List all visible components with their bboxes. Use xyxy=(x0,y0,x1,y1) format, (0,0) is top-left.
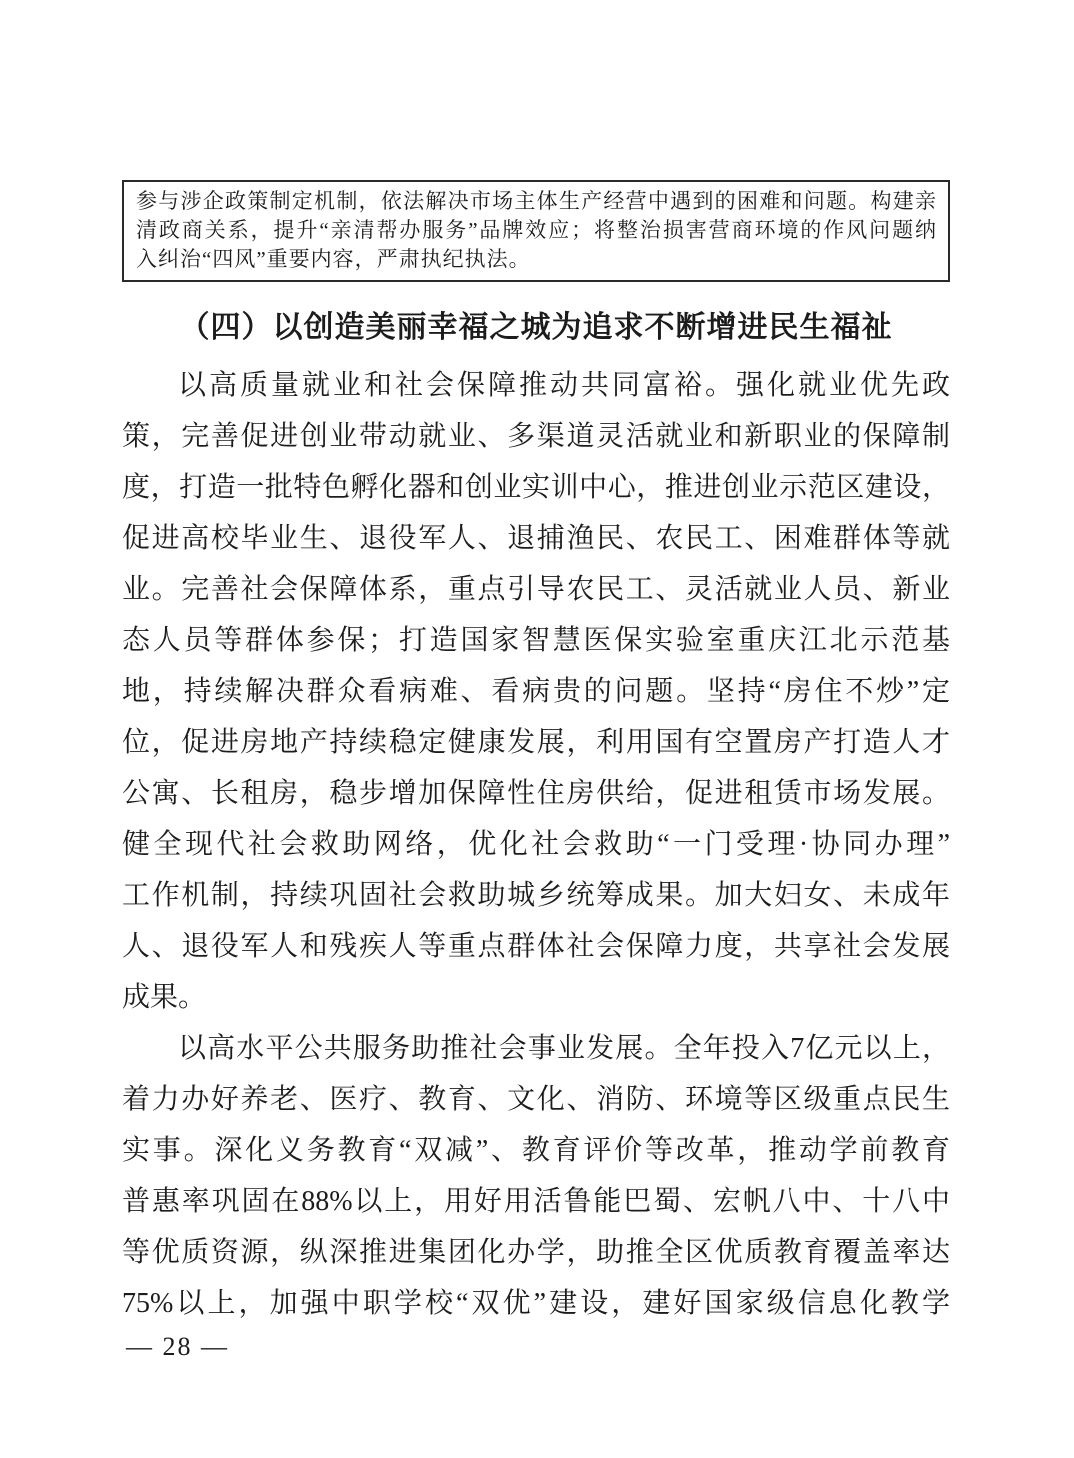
body-line: 普惠率巩固在88%以上，用好用活鲁能巴蜀、宏帆八中、十八中 xyxy=(122,1176,950,1227)
paragraph: 以高质量就业和社会保障推动共同富裕。强化就业优先政策，完善促进创业带动就业、多渠… xyxy=(122,360,950,1023)
body-line: 等优质资源，纵深推进集团化办学，助推全区优质教育覆盖率达 xyxy=(122,1227,950,1278)
body-line: 75%以上，加强中职学校“双优”建设，建好国家级信息化教学 xyxy=(122,1278,950,1329)
notice-box-line: 入纠治“四风”重要内容，严肃执纪执法。 xyxy=(136,245,936,274)
body-line: 地，持续解决群众看病难、看病贵的问题。坚持“房住不炒”定 xyxy=(122,666,950,717)
body-line: 以高质量就业和社会保障推动共同富裕。强化就业优先政 xyxy=(122,360,950,411)
notice-box-line: 清政商关系，提升“亲清帮办服务”品牌效应；将整治损害营商环境的作风问题纳 xyxy=(136,216,936,245)
body-line: 健全现代社会救助网络，优化社会救助“一门受理·协同办理” xyxy=(122,819,950,870)
notice-box: 参与涉企政策制定机制，依法解决市场主体生产经营中遇到的困难和问题。构建亲清政商关… xyxy=(122,180,950,282)
body-line: 实事。深化义务教育“双减”、教育评价等改革，推动学前教育 xyxy=(122,1125,950,1176)
section-heading: （四）以创造美丽幸福之城为追求不断增进民生福祉 xyxy=(122,306,950,350)
notice-box-line: 参与涉企政策制定机制，依法解决市场主体生产经营中遇到的困难和问题。构建亲 xyxy=(136,187,936,216)
paragraph: 以高水平公共服务助推社会事业发展。全年投入7亿元以上，着力办好养老、医疗、教育、… xyxy=(122,1023,950,1329)
body-line: 着力办好养老、医疗、教育、文化、消防、环境等区级重点民生 xyxy=(122,1074,950,1125)
body-line: 以高水平公共服务助推社会事业发展。全年投入7亿元以上， xyxy=(122,1023,950,1074)
body-line: 成果。 xyxy=(122,972,950,1023)
document-page: 参与涉企政策制定机制，依法解决市场主体生产经营中遇到的困难和问题。构建亲清政商关… xyxy=(0,0,1074,1458)
body-line: 策，完善促进创业带动就业、多渠道灵活就业和新职业的保障制 xyxy=(122,411,950,462)
body-line: 度，打造一批特色孵化器和创业实训中心，推进创业示范区建设， xyxy=(122,462,950,513)
body-line: 人、退役军人和残疾人等重点群体社会保障力度，共享社会发展 xyxy=(122,921,950,972)
body-line: 态人员等群体参保；打造国家智慧医保实验室重庆江北示范基 xyxy=(122,615,950,666)
body-line: 业。完善社会保障体系，重点引导农民工、灵活就业人员、新业 xyxy=(122,564,950,615)
body-line: 位，促进房地产持续稳定健康发展，利用国有空置房产打造人才 xyxy=(122,717,950,768)
body-line: 工作机制，持续巩固社会救助城乡统筹成果。加大妇女、未成年 xyxy=(122,870,950,921)
page-footer: — 28 — xyxy=(126,1332,229,1362)
page-number-text: — 28 — xyxy=(126,1332,229,1361)
body-line: 公寓、长租房，稳步增加保障性住房供给，促进租赁市场发展。 xyxy=(122,768,950,819)
body-line: 促进高校毕业生、退役军人、退捕渔民、农民工、困难群体等就 xyxy=(122,513,950,564)
document-body: 以高质量就业和社会保障推动共同富裕。强化就业优先政策，完善促进创业带动就业、多渠… xyxy=(122,360,950,1329)
